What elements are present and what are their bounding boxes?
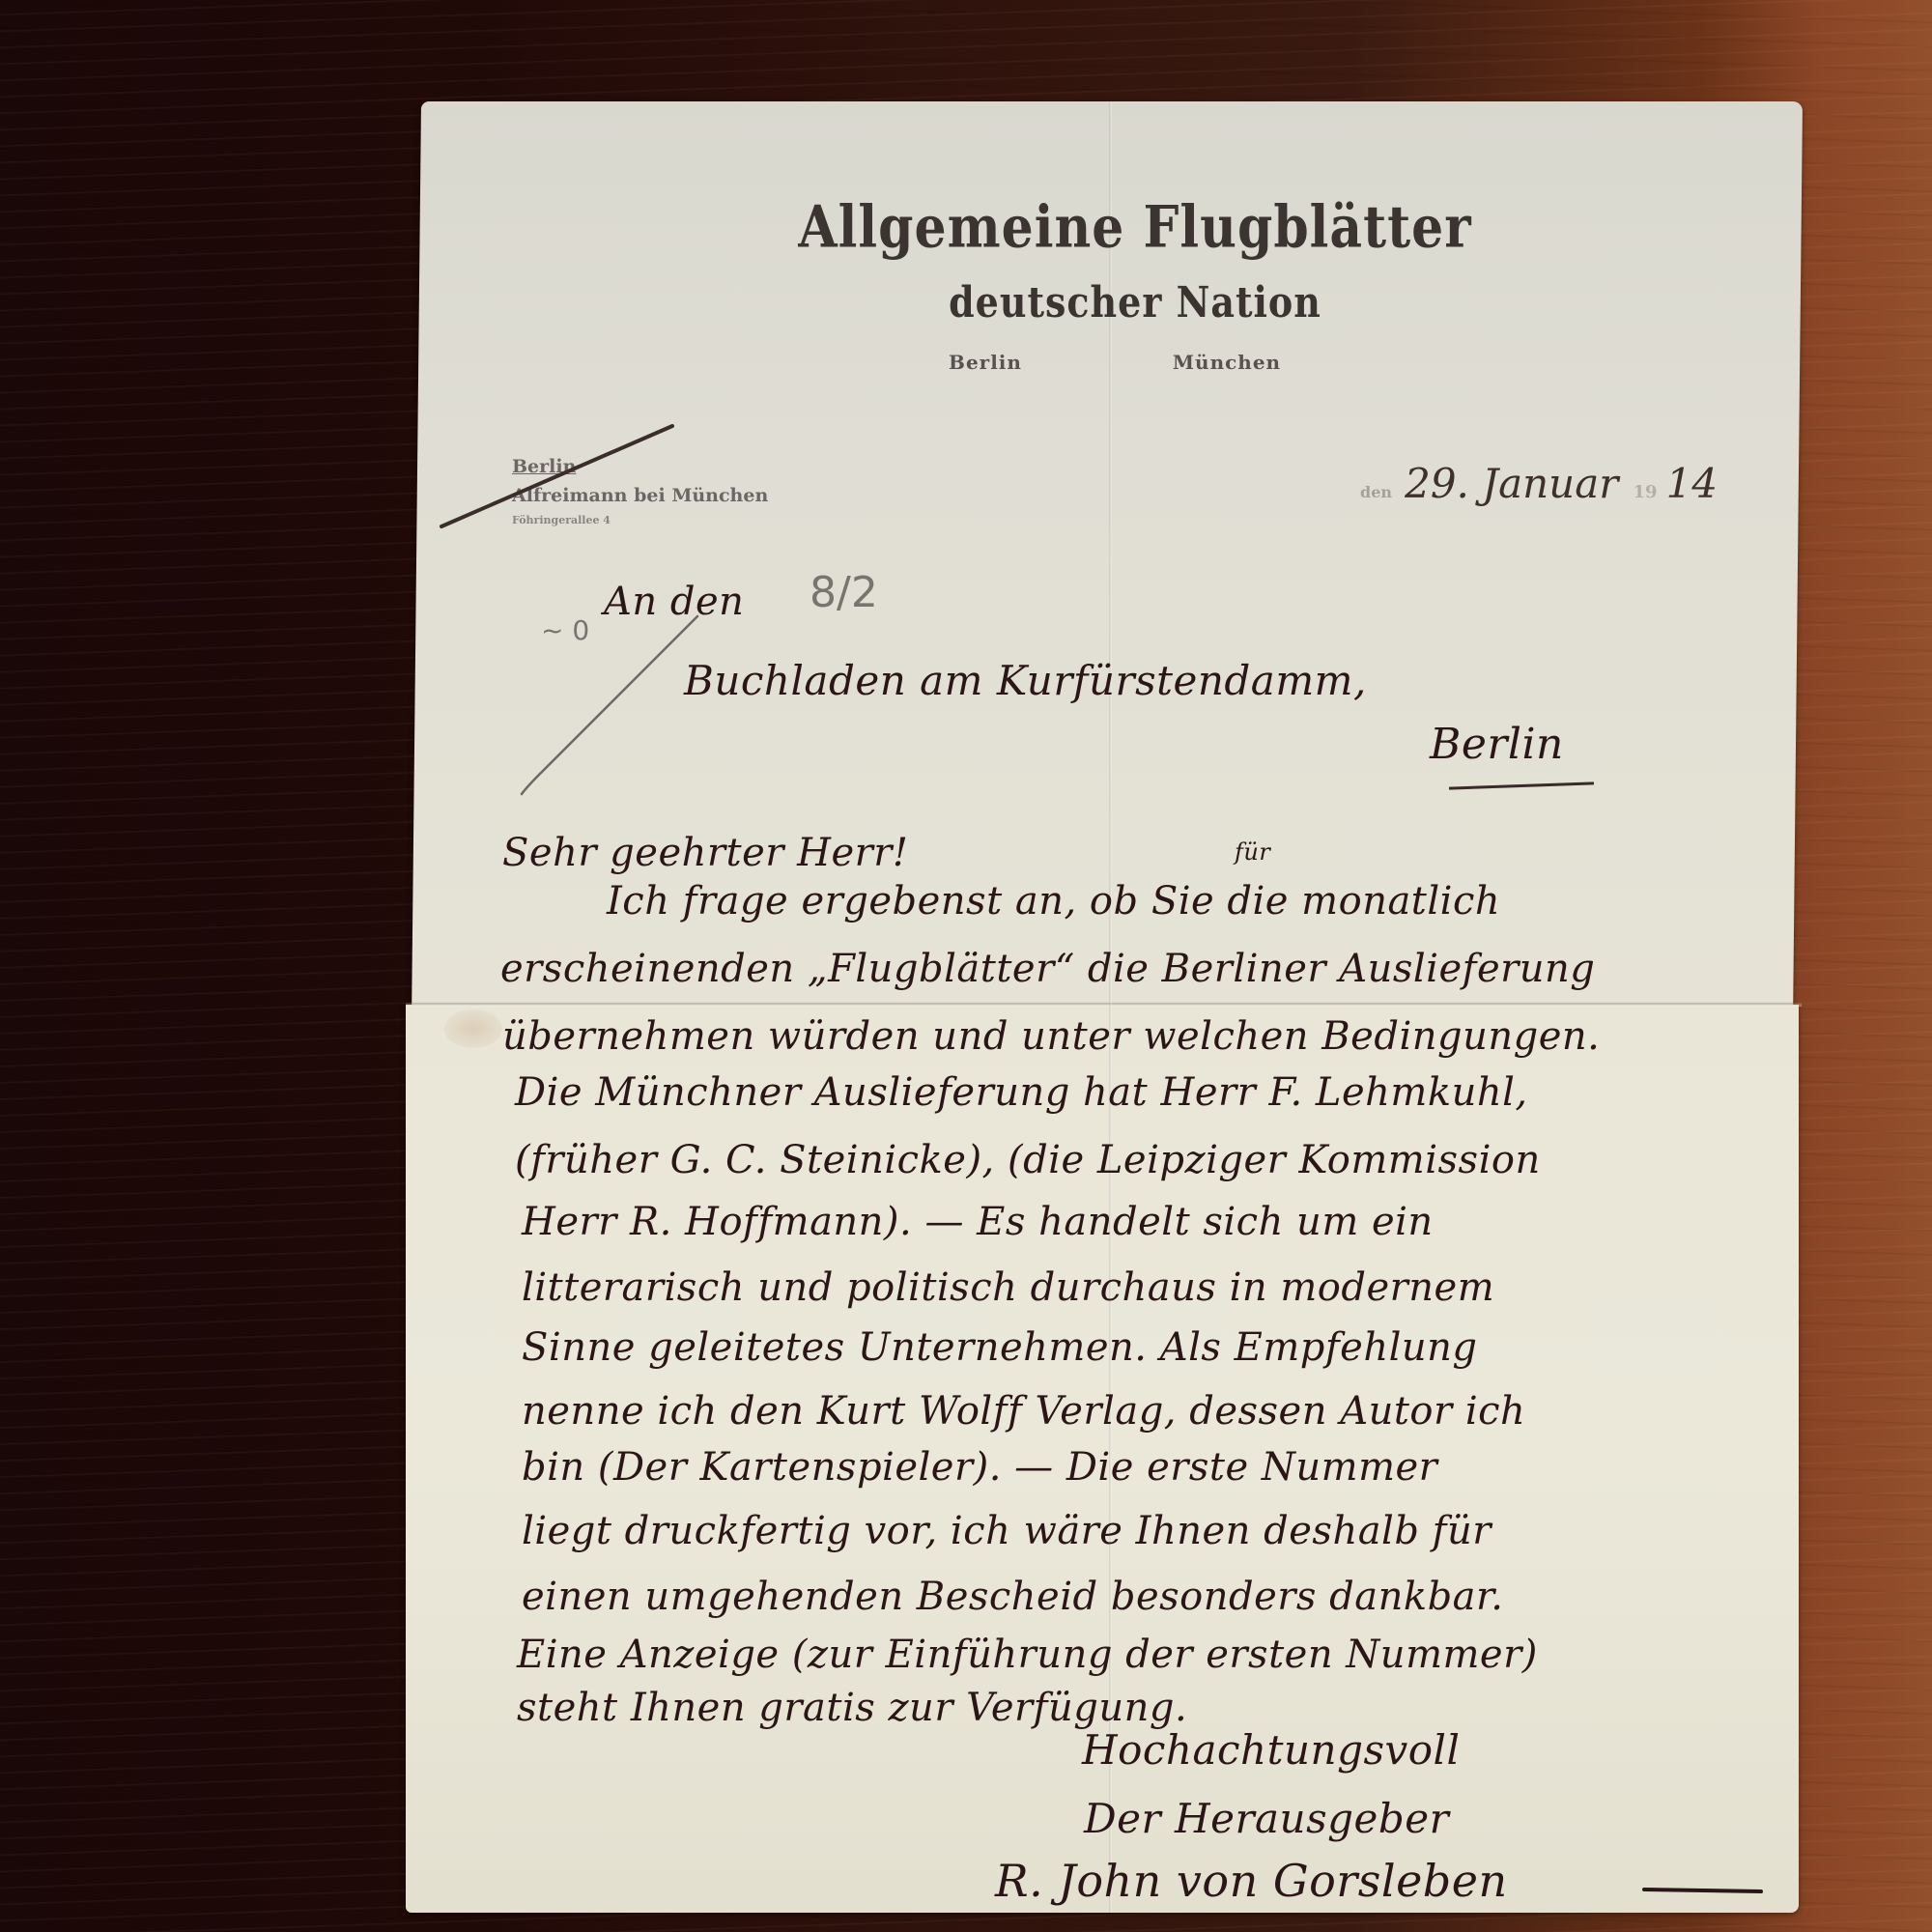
sender-street: Föhringerallee 4: [512, 514, 768, 526]
body-line: bin (Der Kartenspieler). — Die erste Num…: [522, 1445, 1437, 1490]
sender-location: Alfreimann bei München: [512, 485, 768, 506]
body-line: Die Münchner Auslieferung hat Herr F. Le…: [515, 1070, 1528, 1115]
letter-date: den 29. Januar 19 14: [1360, 460, 1718, 507]
body-line: steht Ihnen gratis zur Verfügung.: [517, 1686, 1187, 1730]
closing: Hochachtungsvoll: [1082, 1726, 1460, 1774]
body-line: erscheinenden „Flugblätter“ die Berliner…: [500, 947, 1595, 991]
reference-note: 8/2: [810, 568, 878, 617]
recipient-prefix: An den: [604, 580, 744, 624]
sender-old-city: Berlin: [512, 456, 768, 477]
vertical-fold-crease: [1109, 101, 1112, 1913]
letterhead-city-berlin: Berlin: [927, 351, 1043, 374]
date-handwritten: 29. Januar: [1405, 460, 1618, 507]
body-line: nenne ich den Kurt Wolff Verlag, dessen …: [522, 1389, 1525, 1434]
sheet-lower-half: [406, 1005, 1799, 1913]
body-line: Herr R. Hoffmann). — Es handelt sich um …: [522, 1200, 1434, 1244]
date-year-handwritten: 14: [1666, 460, 1718, 507]
body-line: litterarisch und politisch durchaus in m…: [522, 1265, 1494, 1310]
inserted-word: für: [1235, 838, 1270, 866]
body-line: (früher G. C. Steinicke), (die Leipziger…: [515, 1138, 1541, 1182]
salutation: Sehr geehrter Herr!: [502, 831, 908, 875]
recipient-city-underline: [1449, 781, 1594, 789]
recipient-city: Berlin: [1430, 720, 1564, 769]
body-line: Ich frage ergebenst an, ob Sie die monat…: [607, 879, 1500, 923]
signer-title: Der Herausgeber: [1084, 1795, 1449, 1842]
body-line: Eine Anzeige (zur Einführung der ersten …: [517, 1633, 1538, 1677]
letterhead-city-muenchen: München: [1159, 351, 1294, 374]
letterhead-title: Allgemeine Flugblätter: [676, 193, 1594, 261]
wooden-table-background: [0, 0, 1932, 1932]
paper-stain: [444, 1009, 502, 1048]
body-line: übernehmen würden und unter welchen Bedi…: [502, 1014, 1600, 1059]
letterhead-subtitle: deutscher Nation: [773, 277, 1497, 327]
body-line: liegt druckfertig vor, ich wäre Ihnen de…: [522, 1509, 1492, 1553]
sender-address: Berlin Alfreimann bei München Föhringera…: [512, 456, 768, 526]
strike-through-icon: [0, 0, 1932, 1932]
signature: R. John von Gorsleben: [995, 1855, 1508, 1907]
horizontal-fold-crease: [406, 1003, 1802, 1007]
margin-pencil-mark: ~ 0: [541, 618, 589, 642]
body-line: einen umgehenden Bescheid besonders dank…: [522, 1575, 1503, 1619]
letter-sheet: Allgemeine Flugblätter deutscher Nation …: [0, 0, 1932, 1932]
sheet-upper-half: [412, 101, 1803, 1009]
body-line: Sinne geleitetes Unternehmen. Als Empfeh…: [522, 1325, 1478, 1370]
date-prefix: den: [1360, 483, 1392, 501]
date-year-printed: 19: [1633, 482, 1657, 502]
signature-flourish: [1642, 1888, 1763, 1893]
recipient-name: Buchladen am Kurfürstendamm,: [684, 657, 1367, 704]
